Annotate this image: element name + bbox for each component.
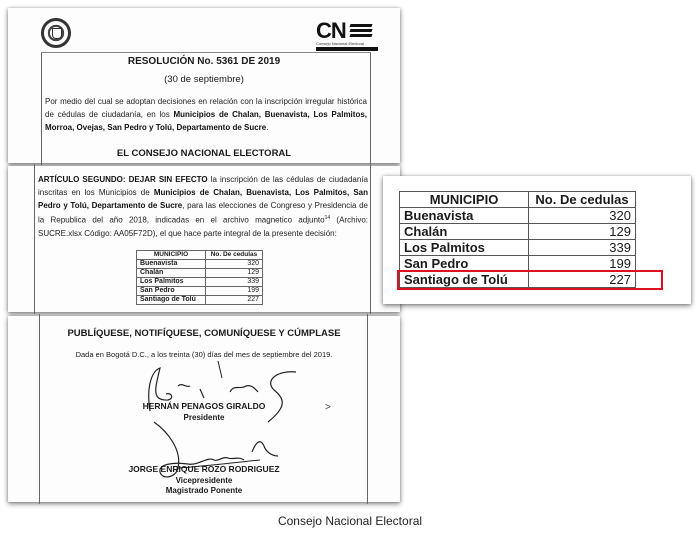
cedulas-table-small: MUNICIPIO No. De cedulas Buenavista320 C… (136, 250, 263, 305)
signatures-excerpt: PUBLÍQUESE, NOTIFÍQUESE, COMUNÍQUESE Y C… (8, 316, 400, 502)
cell-municipio: San Pedro (137, 287, 206, 296)
article-heading: ARTÍCULO SEGUNDO: DEJAR SIN EFECTO (38, 175, 208, 184)
table-row: Los Palmitos339 (400, 240, 636, 256)
cell-municipio: Buenavista (400, 208, 529, 224)
cell-cedulas: 320 (206, 260, 263, 269)
resolution-header-excerpt: CN Consejo Nacional Electoral RESOLUCIÓN… (8, 8, 400, 163)
cell-municipio: Chalán (137, 269, 206, 278)
council-heading: EL CONSEJO NACIONAL ELECTORAL (8, 148, 400, 159)
signer-2-role-2: Magistrado Ponente (8, 486, 400, 495)
article-excerpt: ARTÍCULO SEGUNDO: DEJAR SIN EFECTO la in… (8, 166, 400, 312)
cedulas-table-enlarged: MUNICIPIO No. De cedulas Buenavista320 C… (383, 176, 691, 304)
highlight-box (397, 270, 663, 290)
cell-municipio: Los Palmitos (400, 240, 529, 256)
colombia-seal-icon (41, 18, 71, 48)
table-row: Los Palmitos339 (137, 278, 263, 287)
header-municipio: MUNICIPIO (400, 192, 529, 208)
signer-2-role: Vicepresidente (8, 476, 400, 485)
stray-mark: > (325, 402, 331, 413)
cell-municipio: Buenavista (137, 260, 206, 269)
resolution-intro: Por medio del cual se adoptan decisiones… (45, 95, 367, 134)
cell-cedulas: 320 (529, 208, 636, 224)
signer-2-name: JORGE ENRIQUE ROZO RODRIGUEZ (8, 464, 400, 474)
closing-heading: PUBLÍQUESE, NOTIFÍQUESE, COMUNÍQUESE Y C… (8, 328, 400, 339)
intro-text-end: . (266, 123, 268, 132)
cell-municipio: Santiago de Tolú (137, 296, 206, 305)
resolution-title: RESOLUCIÓN No. 5361 DE 2019 (8, 56, 400, 67)
table-row: Buenavista320 (400, 208, 636, 224)
article-text: ARTÍCULO SEGUNDO: DEJAR SIN EFECTO la in… (38, 173, 368, 240)
table-row: Santiago de Tolú227 (137, 296, 263, 305)
resolution-date: (30 de septiembre) (8, 74, 400, 85)
cell-cedulas: 199 (206, 287, 263, 296)
cell-municipio: Chalán (400, 224, 529, 240)
logo-stripes-icon (350, 24, 372, 39)
table-row: Buenavista320 (137, 260, 263, 269)
image-caption: Consejo Nacional Electoral (0, 514, 700, 528)
table-row: Chalán129 (400, 224, 636, 240)
table-row: San Pedro199 (137, 287, 263, 296)
cell-municipio: Los Palmitos (137, 278, 206, 287)
header-cedulas: No. De cedulas (206, 251, 263, 260)
cell-cedulas: 227 (206, 296, 263, 305)
logo-subtitle: Consejo Nacional Electoral (316, 41, 378, 46)
cell-cedulas: 129 (206, 269, 263, 278)
cell-cedulas: 339 (206, 278, 263, 287)
logo-bar (316, 47, 378, 51)
header-municipio: MUNICIPIO (137, 251, 206, 260)
table-row: Chalán129 (137, 269, 263, 278)
cell-cedulas: 129 (529, 224, 636, 240)
cell-cedulas: 339 (529, 240, 636, 256)
header-cedulas: No. De cedulas (529, 192, 636, 208)
signer-1-name: HERNÁN PENAGOS GIRALDO (8, 401, 400, 411)
